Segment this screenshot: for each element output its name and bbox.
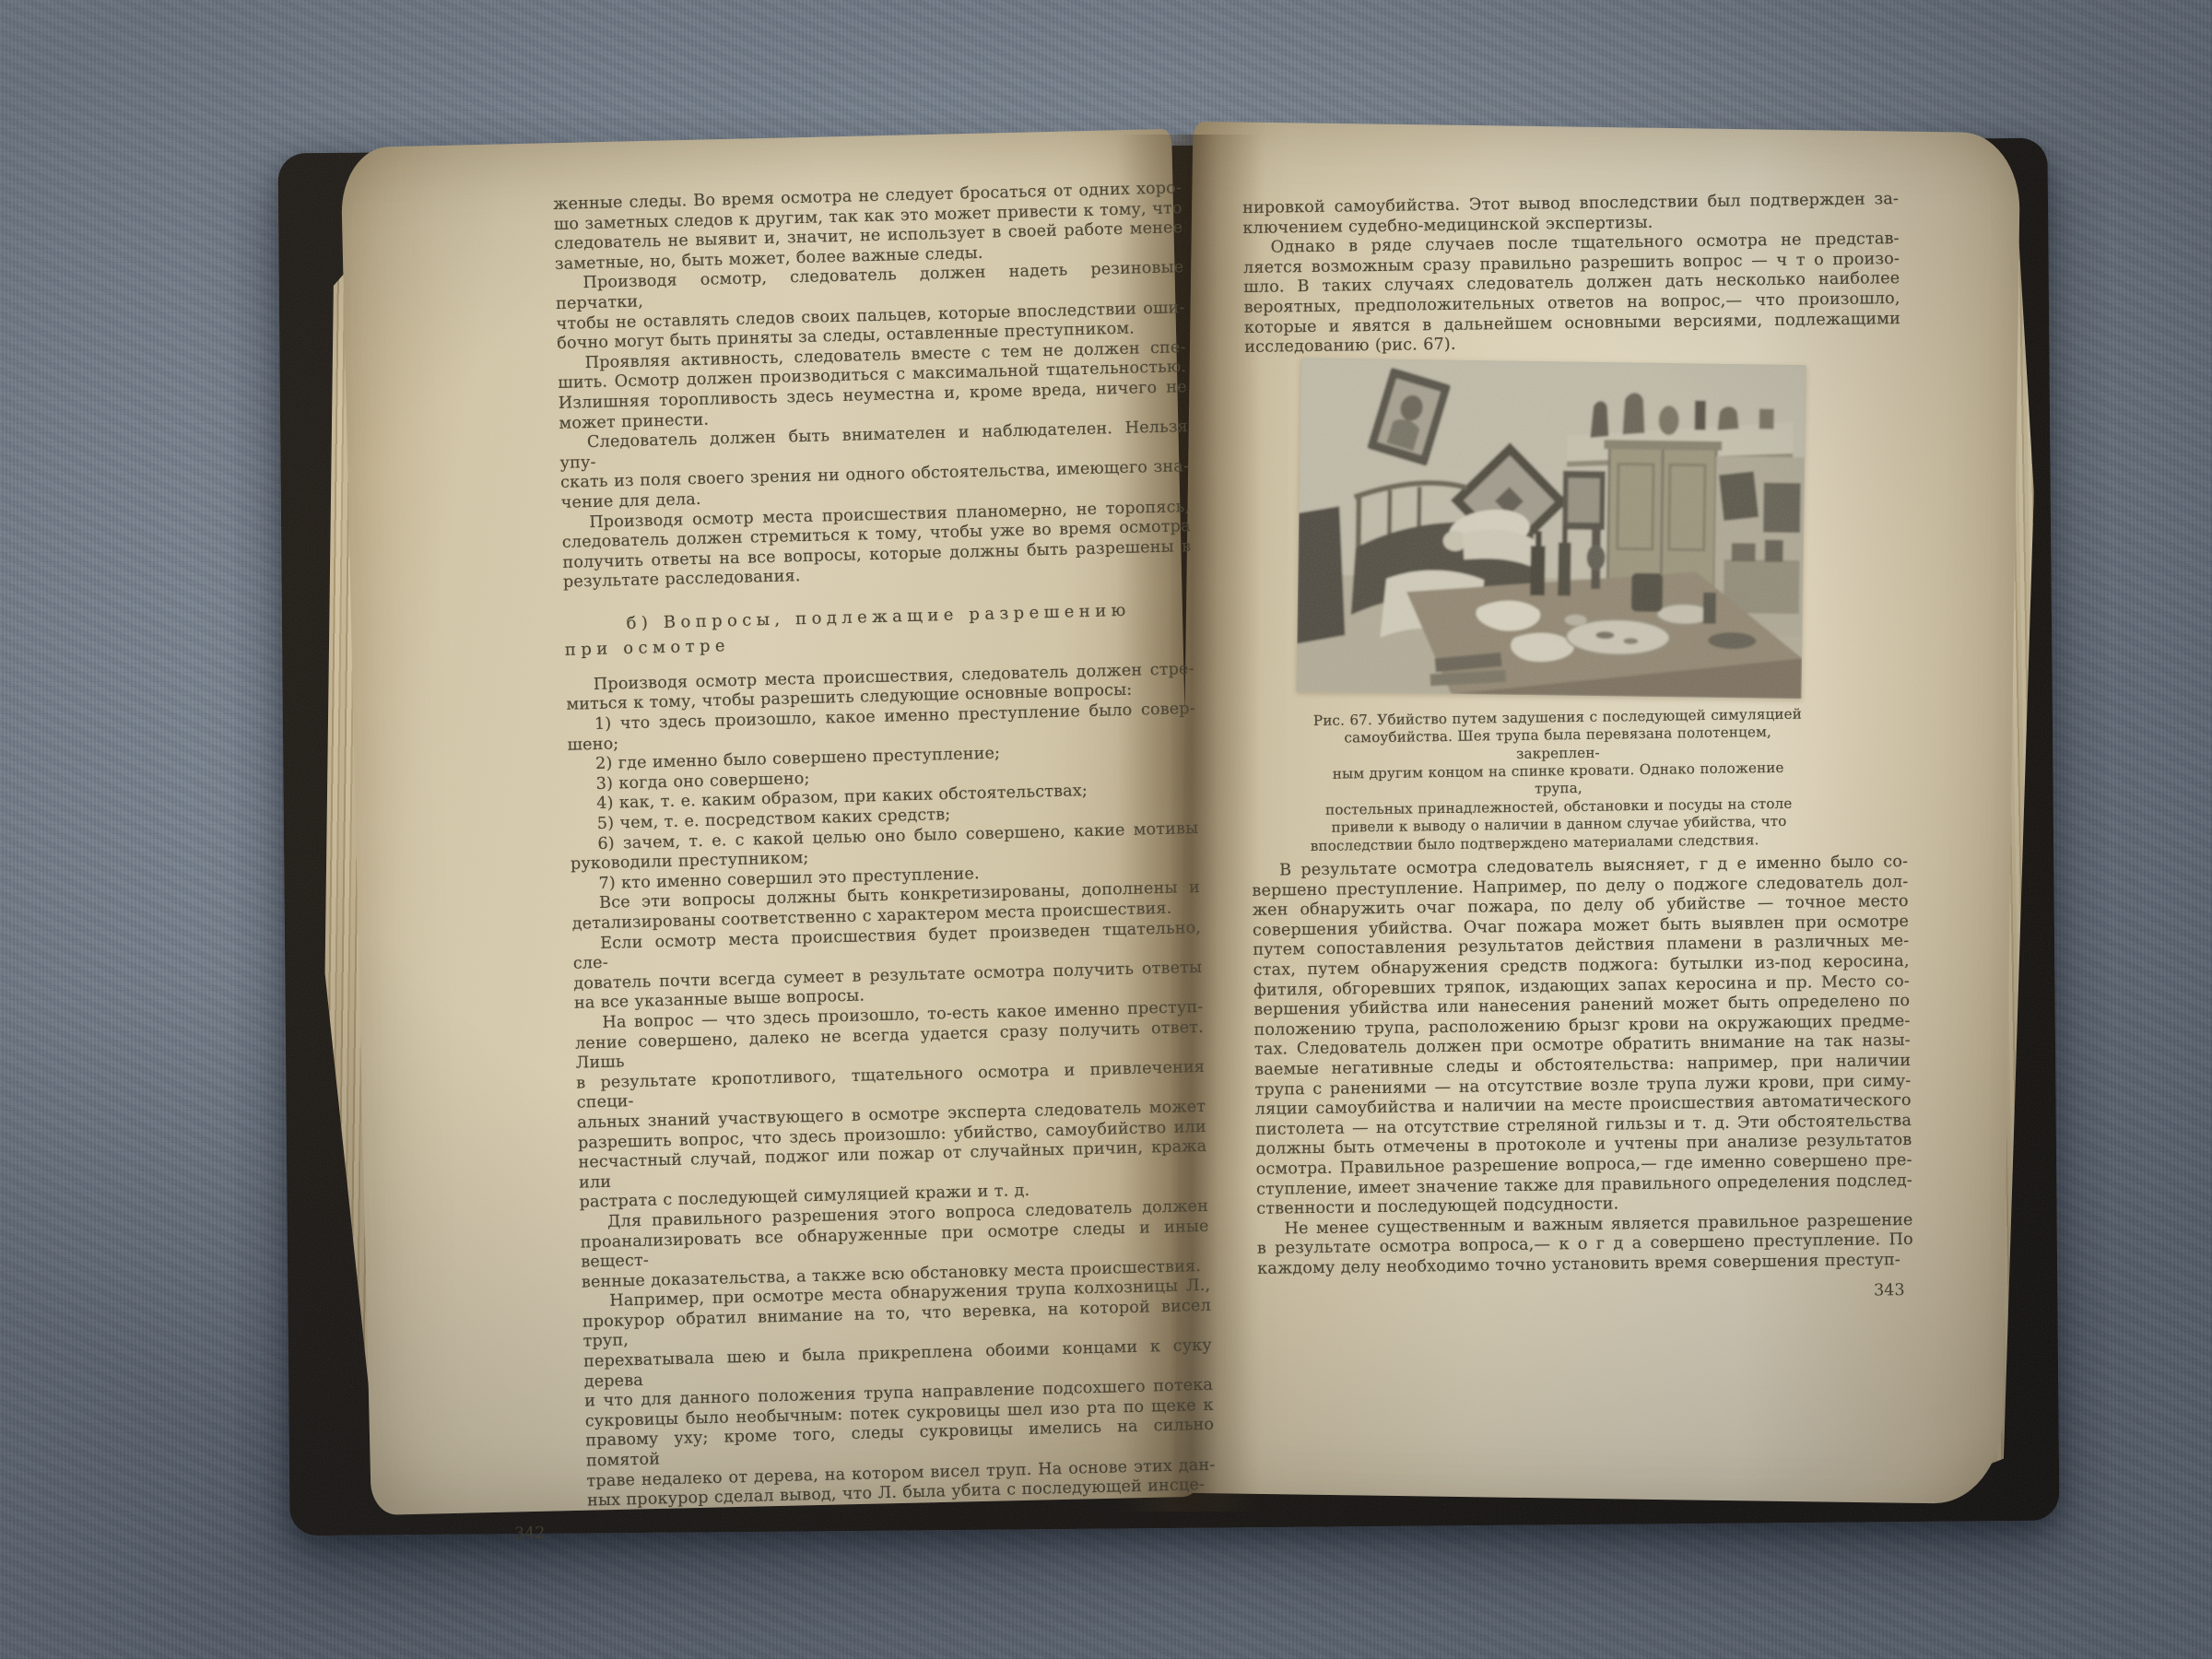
left-page-blocks: женные следы. Во время осмотра не следуе… [553, 179, 1216, 1512]
text-block: В результате осмотра следователь выясняе… [1252, 853, 1912, 1220]
text-block: На вопрос — что здесь произошло, то-есть… [574, 998, 1207, 1214]
crime-scene-room-photo [1297, 358, 1806, 699]
photo-of-open-book-scene: { "colors": { "fabric_background": "#6f7… [0, 0, 2212, 1659]
text-block: Рис. 67. Убийство путем задушения с посл… [1309, 705, 1808, 855]
left-page-number: 342 [514, 1506, 1217, 1543]
text-block: Например, при осмотре места обнаружения … [582, 1277, 1216, 1512]
section-heading: б) Вопросы, подлежащие разрешениюпри осм… [564, 596, 1194, 663]
figure-67-caption: Рис. 67. Убийство путем задушения с посл… [1309, 705, 1808, 855]
right-page-text-below-figure: В результате осмотра следователь выясняе… [1252, 853, 1913, 1279]
text-block: Однако в ряде случаев после тщательного … [1243, 229, 1901, 358]
text-block: Не менее существенным и важным является … [1256, 1211, 1913, 1280]
text-block: Производя осмотр места происшествия план… [561, 498, 1192, 594]
right-page-text-column: нировкой самоубийства. Этот вывод впосле… [1242, 190, 1914, 1309]
right-page-text-above-figure: нировкой самоубийства. Этот вывод впосле… [1242, 190, 1900, 359]
left-page-text-column: женные следы. Во время осмотра не следуе… [553, 179, 1217, 1541]
figure-67-illustration [1297, 358, 1806, 699]
